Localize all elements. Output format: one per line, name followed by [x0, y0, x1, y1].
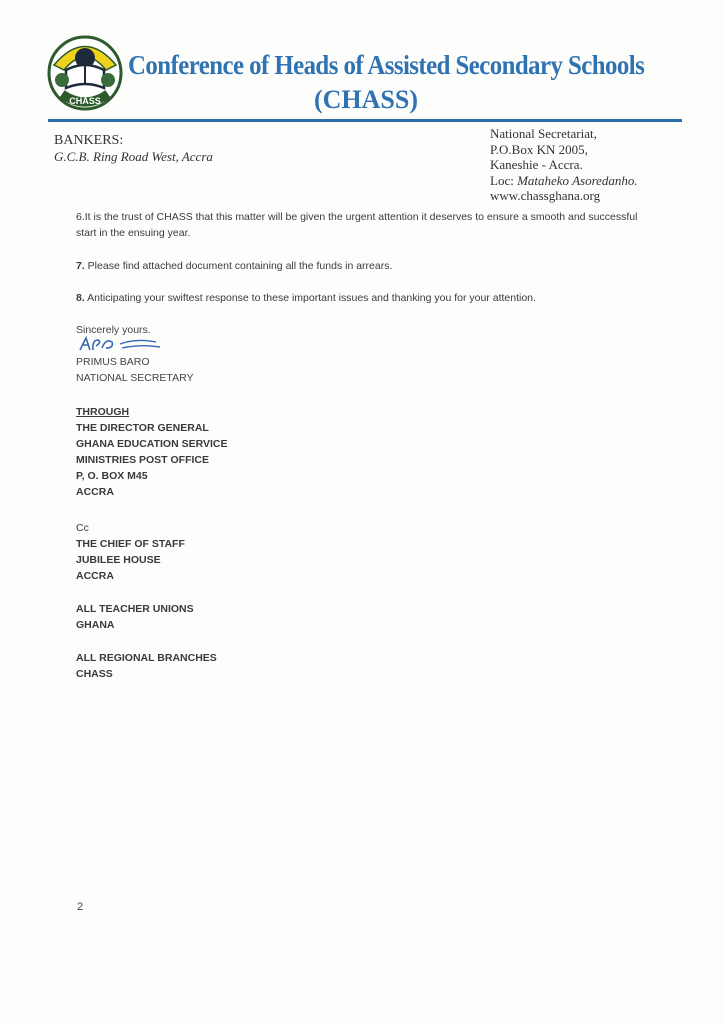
through-line: GHANA EDUCATION SERVICE [76, 436, 228, 452]
recipient-line: ALL REGIONAL BRANCHES [76, 650, 217, 666]
signer-name: PRIMUS BARO [76, 354, 193, 370]
paragraph-8-number: 8. [76, 292, 85, 304]
contact-line: National Secretariat, [490, 126, 638, 142]
paragraph-7-text: Please find attached document containing… [85, 260, 393, 272]
chass-crest-logo-icon: CHASS [44, 30, 126, 112]
header-divider [48, 119, 682, 122]
teacher-unions-block: ALL TEACHER UNIONS GHANA [76, 601, 194, 633]
page-number: 2 [77, 901, 83, 913]
contact-line: Kaneshie - Accra. [490, 157, 638, 173]
paragraph-8: 8. Anticipating your swiftest response t… [76, 290, 656, 306]
bankers-block: BANKERS: G.C.B. Ring Road West, Accra [54, 133, 213, 165]
organization-name: Conference of Heads of Assisted Secondar… [128, 50, 643, 81]
signature-icon [76, 334, 171, 354]
through-line: THE DIRECTOR GENERAL [76, 420, 228, 436]
paragraph-8-text: Anticipating your swiftest response to t… [85, 292, 536, 304]
cc-line: ACCRA [76, 568, 185, 584]
secretariat-contact: National Secretariat, P.O.Box KN 2005, K… [490, 126, 638, 204]
signer-title: NATIONAL SECRETARY [76, 370, 193, 386]
paragraph-7-number: 7. [76, 260, 85, 272]
through-line: ACCRA [76, 484, 228, 500]
location-line: Loc: Mataheko Asoredanho. [490, 173, 638, 189]
location-value: Mataheko Asoredanho. [517, 173, 638, 188]
contact-line: P.O.Box KN 2005, [490, 142, 638, 158]
through-line: MINISTRIES POST OFFICE [76, 452, 228, 468]
cc-heading: Cc [76, 520, 185, 536]
cc-block: Cc THE CHIEF OF STAFF JUBILEE HOUSE ACCR… [76, 520, 185, 584]
recipient-line: GHANA [76, 617, 194, 633]
recipient-line: ALL TEACHER UNIONS [76, 601, 194, 617]
paragraph-7: 7. Please find attached document contain… [76, 258, 656, 274]
regional-branches-block: ALL REGIONAL BRANCHES CHASS [76, 650, 217, 682]
svg-text:CHASS: CHASS [69, 96, 101, 106]
through-line: P, O. BOX M45 [76, 468, 228, 484]
bankers-address: G.C.B. Ring Road West, Accra [54, 149, 213, 165]
bankers-label: BANKERS: [54, 133, 213, 149]
recipient-line: CHASS [76, 666, 217, 682]
through-block: THROUGH THE DIRECTOR GENERAL GHANA EDUCA… [76, 404, 228, 500]
organization-abbreviation: (CHASS) [314, 85, 418, 115]
website-link: www.chassghana.org [490, 188, 638, 204]
cc-line: THE CHIEF OF STAFF [76, 536, 185, 552]
through-heading: THROUGH [76, 404, 228, 420]
signer-block: PRIMUS BARO NATIONAL SECRETARY [76, 354, 193, 386]
location-label: Loc: [490, 173, 514, 188]
paragraph-6: 6.It is the trust of CHASS that this mat… [76, 209, 656, 241]
cc-line: JUBILEE HOUSE [76, 552, 185, 568]
